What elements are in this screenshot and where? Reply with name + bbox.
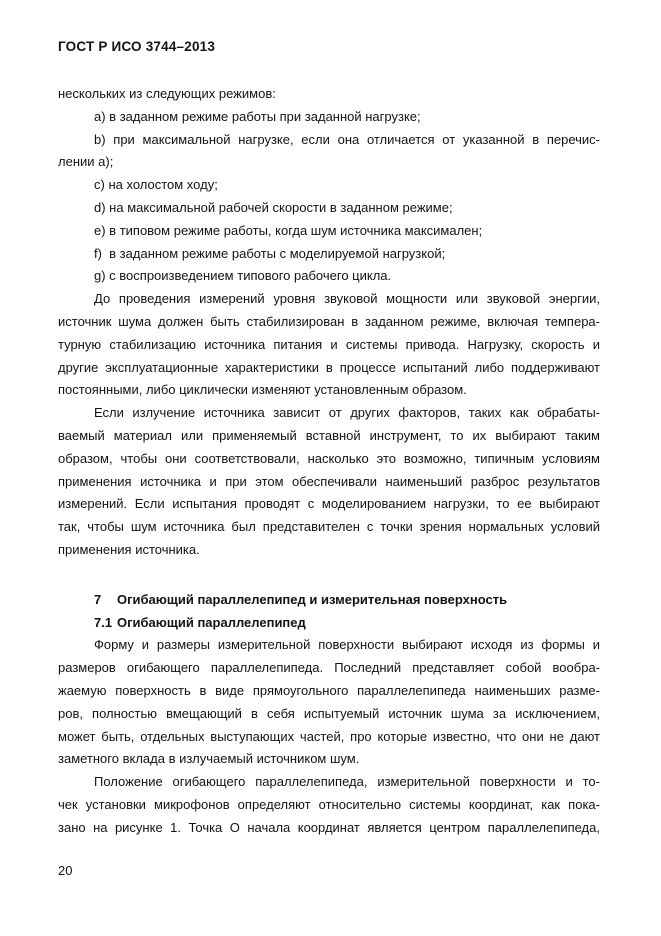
paragraph-line: так, чтобы шум источника был представите… [58,516,600,539]
paragraph-line: ваемый материал или применяемый вставной… [58,425,600,448]
paragraph-line: Форму и размеры измерительной поверхност… [58,634,600,657]
page-number: 20 [58,860,72,883]
list-item: f) в заданном режиме работы с моделируем… [58,243,600,266]
section-title: Огибающий параллелепипед [117,615,306,630]
paragraph-line: заметного вклада в излучаемый источником… [58,748,600,771]
paragraph-line: источник шума должен быть стабилизирован… [58,311,600,334]
subsection-heading: 7.1Огибающий параллелепипед [58,612,600,635]
paragraph-line: может быть, отдельных выступающих частей… [58,726,600,749]
paragraph-line: другие эксплуатационные характеристики в… [58,357,600,380]
section-number: 7 [94,589,117,612]
paragraph-line: образом, чтобы они соответствовали, наск… [58,448,600,471]
document-header: ГОСТ Р ИСО 3744–2013 [58,39,215,54]
list-item: g) с воспроизведением типового рабочего … [58,265,600,288]
list-item: b) при максимальной нагрузке, если она о… [58,129,600,152]
list-item: a) в заданном режиме работы при заданной… [58,106,600,129]
document-body: нескольких из следующих режимов:a) в зад… [58,83,600,840]
paragraph-line: ров, полностью вмещающий в себя испытуем… [58,703,600,726]
list-item: e) в типовом режиме работы, когда шум ис… [58,220,600,243]
paragraph-line: размеров огибающего параллелепипеда. Пос… [58,657,600,680]
paragraph-line: До проведения измерений уровня звуковой … [58,288,600,311]
list-item: d) на максимальной рабочей скорости в за… [58,197,600,220]
paragraph-line: Положение огибающего параллелепипеда, из… [58,771,600,794]
paragraph-line: нескольких из следующих режимов: [58,83,600,106]
paragraph-line: измерений. Если испытания проводят с мод… [58,493,600,516]
section-title: Огибающий параллелепипед и измерительная… [117,592,507,607]
paragraph-line: турную стабилизацию источника питания и … [58,334,600,357]
section-heading: 7Огибающий параллелепипед и измерительна… [58,589,600,612]
paragraph-line: применения источника и при этом обеспечи… [58,471,600,494]
paragraph-line: постоянными, либо циклически изменяют ус… [58,379,600,402]
list-item: лении a); [58,151,600,174]
paragraph-line: чек установки микрофонов определяют отно… [58,794,600,817]
paragraph-line: применения источника. [58,539,600,562]
section-number: 7.1 [94,612,117,635]
paragraph-line: зано на рисунке 1. Точка О начала коорди… [58,817,600,840]
document-page: ГОСТ Р ИСО 3744–2013 нескольких из следу… [0,0,661,936]
paragraph-line: Если излучение источника зависит от друг… [58,402,600,425]
list-item: c) на холостом ходу; [58,174,600,197]
paragraph-line: жаемую поверхность в виде прямоугольного… [58,680,600,703]
